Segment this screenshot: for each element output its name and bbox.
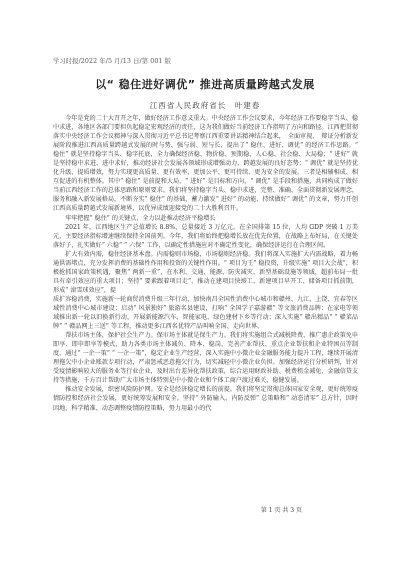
page-number: 第 1 页 共 3 页 (0, 505, 410, 514)
document-page: 学习时报/2022 年/5 月/13 日/第 001 版 以“ 稳住进好调优” … (0, 0, 410, 580)
section-heading: 牢牢把握“ 稳住” 的关键点，全力以赴推动经济平稳增长 (53, 214, 358, 223)
article-title: 以“ 稳住进好调优” 推进高质量跨越式发展 (0, 76, 410, 92)
article-byline: 江西省人民政府省长 叶建春 (0, 100, 410, 111)
paragraph: 今年是党的二十大召开之年，做好经济工作意义重大。中央经济工作会议要求，今年经济工… (53, 114, 358, 214)
paragraph: 帮扶市场主体，保护社会生产力。保市场主体就是保生产力。我们将实施组合式减税降费，… (53, 331, 358, 385)
paragraph: 推动安全发展，织密风险防护网。安全是经济稳定增长的前提。我们将坚定贯彻总体国家安… (53, 385, 358, 412)
article-body: 今年是党的二十大召开之年，做好经济工作意义重大。中央经济工作会议要求，今年经济工… (53, 114, 358, 413)
publication-header: 学习时报/2022 年/5 月/13 日/第 001 版 (53, 56, 171, 65)
paragraph: 2021 年，江西地区生产总值增长 8.8%，总量接近 3 万亿元，在全国排第 … (53, 223, 358, 250)
paragraph: 质扩容稳消费，实施新一轮商贸消费升级三年行动，加快南昌全国性消费中心城市和赣州、… (53, 295, 358, 331)
paragraph: 扩大有效内需，稳住经济基本盘。内需稳则市场稳，市场稳则经济稳。我们将深入实施扩大… (53, 250, 358, 295)
